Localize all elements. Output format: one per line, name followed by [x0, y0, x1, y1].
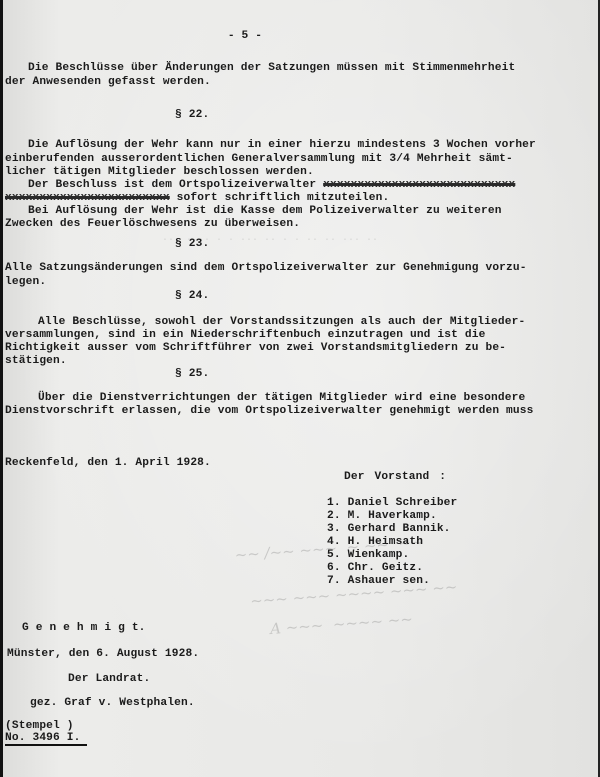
- text-segment: sofort schriftlich mitzuteilen.: [170, 192, 390, 204]
- paragraph-text: versammlungen, sind in ein Niederschrift…: [5, 329, 485, 341]
- signature-place-date: Reckenfeld, den 1. April 1928.: [5, 457, 211, 469]
- paragraph-text: licher tätigen Mitglieder beschlossen we…: [5, 166, 314, 178]
- paragraph-text: legen.: [5, 276, 46, 288]
- paragraph-text: Alle Satzungsänderungen sind dem Ortspol…: [5, 262, 527, 274]
- section-heading-25: § 25.: [175, 368, 209, 380]
- page-number: - 5 -: [0, 30, 490, 42]
- board-member: 5. Wienkamp.: [327, 549, 409, 561]
- paragraph-text: Die Beschlüsse über Änderungen der Satzu…: [28, 62, 515, 74]
- paragraph-text: Alle Beschlüsse, sowohl der Vorstandssit…: [38, 316, 525, 328]
- document-page: .. . .. . . ... .. . . .. .. ... .. ~~ /…: [0, 0, 600, 777]
- text-segment: Der Beschluss ist dem Ortspolizeiverwalt…: [28, 179, 323, 191]
- approval-place-date: Münster, den 6. August 1928.: [7, 648, 199, 660]
- paragraph-text: Dienstvorschrift erlassen, die vom Ortsp…: [5, 405, 534, 417]
- approval-heading: G e n e h m i g t.: [22, 622, 146, 634]
- section-heading-22: § 22.: [175, 109, 209, 121]
- stamp-note: (Stempel ): [5, 720, 74, 732]
- approval-signature: gez. Graf v. Westphalen.: [30, 697, 195, 709]
- board-title: Der Vorstand :: [344, 471, 446, 483]
- paragraph-text: xxxxxxxxxxxxxxxxxxxxxxxx sofort schriftl…: [5, 192, 389, 204]
- board-member: 2. M. Haverkamp.: [327, 510, 437, 522]
- paragraph-text: stätigen.: [5, 355, 67, 367]
- scan-edge-left: [0, 0, 3, 777]
- board-member: 1. Daniel Schreiber: [327, 497, 457, 509]
- approval-authority: Der Landrat.: [68, 673, 150, 685]
- board-member: 3. Gerhard Bannik.: [327, 523, 451, 535]
- paragraph-text: einberufenden ausserordentlichen General…: [5, 153, 513, 165]
- paragraph-text: Der Beschluss ist dem Ortspolizeiverwalt…: [28, 179, 515, 191]
- struck-text: xxxxxxxxxxxxxxxxxxxxxxxxxxxx: [323, 179, 515, 191]
- paragraph-text: Zwecken des Feuerlöschwesens zu überweis…: [5, 218, 300, 230]
- bleed-through-handwriting: A ~~~ ~~~~ ~~: [270, 610, 414, 638]
- paragraph-text: Über die Dienstverrichtungen der tätigen…: [38, 392, 525, 404]
- paragraph-text: Bei Auflösung der Wehr ist die Kasse dem…: [28, 205, 502, 217]
- reference-number: No. 3496 I.: [5, 732, 87, 746]
- section-heading-23: § 23.: [175, 238, 209, 250]
- board-member: 4. H. Heimsath: [327, 536, 423, 548]
- paragraph-text: Richtigkeit ausser vom Schriftführer von…: [5, 342, 506, 354]
- section-heading-24: § 24.: [175, 290, 209, 302]
- paragraph-text: Die Auflösung der Wehr kann nur in einer…: [28, 139, 536, 151]
- board-member: 6. Chr. Geitz.: [327, 562, 423, 574]
- paragraph-text: der Anwesenden gefasst werden.: [5, 76, 211, 88]
- struck-text: xxxxxxxxxxxxxxxxxxxxxxxx: [5, 192, 170, 204]
- board-member: 7. Ashauer sen.: [327, 575, 430, 587]
